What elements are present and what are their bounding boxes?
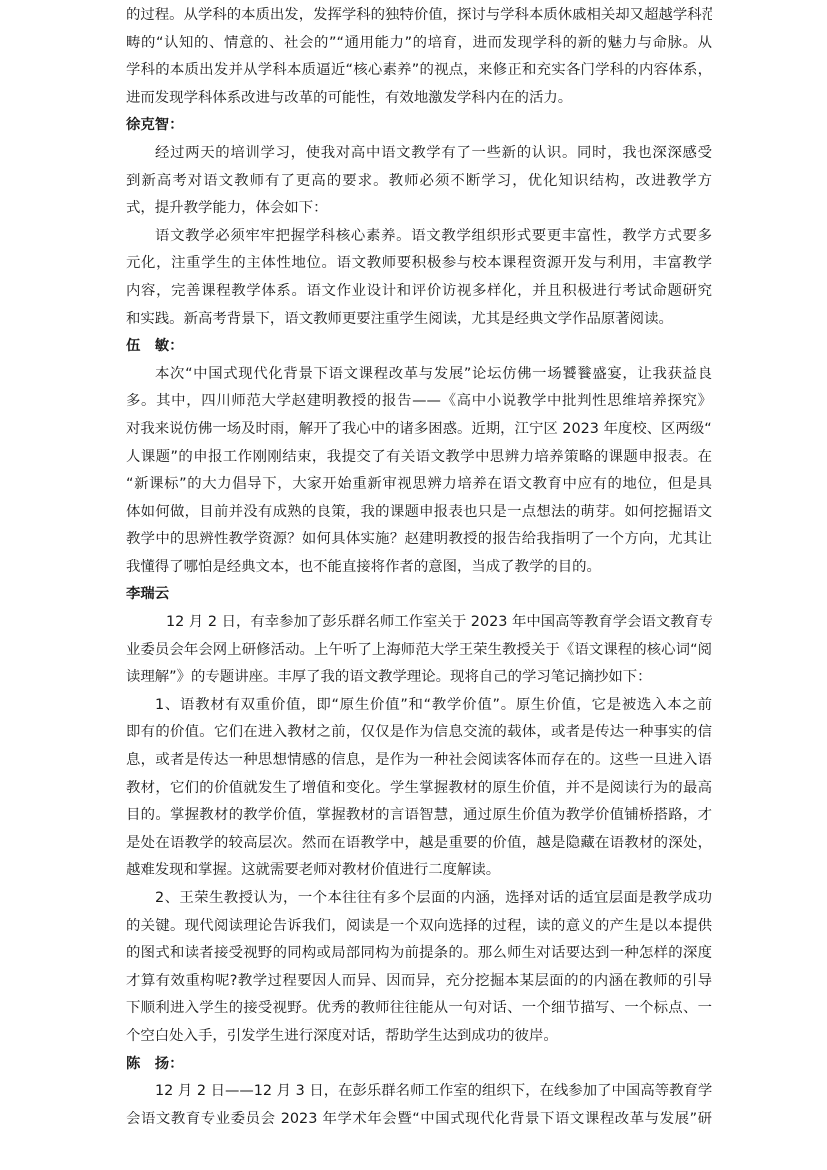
text-line: 到新高考对语文教师有了更高的要求。教师必须不断学习，优化知识结构，改进教学方 bbox=[126, 168, 712, 196]
paragraph: 经过两天的培训学习，使我对高中语文教学有了一些新的认识。同时，我也深深感受 到新… bbox=[126, 140, 712, 223]
text-line: 目的。掌握教材的教学价值，掌握教材的言语智慧，通过原生价值为教学价值铺桥搭路，才 bbox=[126, 802, 712, 830]
author-heading: 李瑞云 bbox=[126, 581, 712, 609]
paragraph: 本次“中国式现代化背景下语文课程改革与发展”论坛仿佛一场饕餮盛宴，让我获益良 多… bbox=[126, 361, 712, 582]
text-line: 学科的本质出发并从学科本质逼近“核心素养”的视点，来修正和充实各门学科的内容体系… bbox=[126, 57, 712, 85]
text-line: 教材，它们的价值就发生了增值和变化。学生掌握教材的原生价值，并不是阅读行为的最高 bbox=[126, 775, 712, 803]
text-line: 多。其中，四川师范大学赵建明教授的报告——《高中小说教学中批判性思维培养探究》 bbox=[126, 388, 712, 416]
text-line: 体如何做，目前并没有成熟的良策，我的课题申报表也只是一点想法的萌芽。如何挖掘语文 bbox=[126, 499, 712, 527]
text-line: 人课题”的申报工作刚刚结束，我提交了有关语文教学中思辨力培养策略的课题申报表。在 bbox=[126, 444, 712, 472]
paragraph: 12 月 2 日，有幸参加了彭乐群名师工作室关于 2023 年中国高等教育学会语… bbox=[126, 609, 712, 692]
text-line: 进而发现学科体系改进与改革的可能性，有效地激发学科内在的活力。 bbox=[126, 85, 712, 113]
document-page: 的过程。从学科的本质出发，发挥学科的独特价值，探讨与学科本质休戚相关却又超越学科… bbox=[126, 2, 712, 1133]
text-line: 本次“中国式现代化背景下语文课程改革与发展”论坛仿佛一场饕餮盛宴，让我获益良 bbox=[126, 361, 712, 389]
text-line: 是处在语教学的较高层次。然而在语教学中，越是重要的价值，越是隐藏在语教材的深处， bbox=[126, 830, 712, 858]
text-line: 下顺利进入学生的接受视野。优秀的教师往往能从一句对话、一个细节描写、一个标点、一 bbox=[126, 995, 712, 1023]
text-line: 和实践。新高考背景下，语文教师更要注重学生阅读，尤其是经典文学作品原著阅读。 bbox=[126, 306, 712, 334]
text-line: 1、语教材有双重价值，即“原生价值”和“教学价值”。原生价值，它是被选入本之前 bbox=[126, 692, 712, 720]
section-li-ruiyun: 李瑞云 12 月 2 日，有幸参加了彭乐群名师工作室关于 2023 年中国高等教… bbox=[126, 581, 712, 1050]
text-line: 内容，完善课程教学体系。语文作业设计和评价访视多样化，并且积极进行考试命题研究 bbox=[126, 278, 712, 306]
text-line: 息，或者是传达一种思想情感的信息，是作为一种社会阅读客体而存在的。这些一旦进入语 bbox=[126, 747, 712, 775]
text-line: 个空白处入手，引发学生进行深度对话，帮助学生达到成功的彼岸。 bbox=[126, 1023, 712, 1051]
section-wu-min: 伍 敏： 本次“中国式现代化背景下语文课程改革与发展”论坛仿佛一场饕餮盛宴，让我… bbox=[126, 333, 712, 581]
author-heading: 陈 扬： bbox=[126, 1051, 712, 1079]
text-line: 的图式和读者接受视野的同构或局部同构为前提条的。那么师生对话要达到一种怎样的深度 bbox=[126, 940, 712, 968]
text-line: 语文教学必须牢牢把握学科核心素养。语文教学组织形式要更丰富性，教学方式要多 bbox=[126, 223, 712, 251]
text-line: 畴的“认知的、情意的、社会的”“通用能力”的培育，进而发现学科的新的魅力与命脉。… bbox=[126, 30, 712, 58]
text-line: 2、王荣生教授认为，一个本往往有多个层面的内涵，选择对话的适宜层面是教学成功 bbox=[126, 885, 712, 913]
text-line: 会语文教育专业委员会 2023 年学术年会暨“中国式现代化背景下语文课程改革与发… bbox=[126, 1106, 712, 1134]
text-line: 业委员会年会网上研修活动。上午听了上海师范大学王荣生教授关于《语文课程的核心词“… bbox=[126, 637, 712, 665]
paragraph: 语文教学必须牢牢把握学科核心素养。语文教学组织形式要更丰富性，教学方式要多 元化… bbox=[126, 223, 712, 333]
text-line: 的关键。现代阅读理论告诉我们，阅读是一个双向选择的过程，读的意义的产生是以本提供 bbox=[126, 913, 712, 941]
text-line: 12 月 2 日，有幸参加了彭乐群名师工作室关于 2023 年中国高等教育学会语… bbox=[126, 609, 712, 637]
text-line: 12 月 2 日——12 月 3 日，在彭乐群名师工作室的组织下，在线参加了中国… bbox=[126, 1078, 712, 1106]
text-line: 才算有效重构呢?教学过程要因人而异、因而异，充分挖掘本某层面的的内涵在教师的引导 bbox=[126, 968, 712, 996]
text-line: 教学中的思辨性教学资源？如何具体实施？赵建明教授的报告给我指明了一个方向，尤其让 bbox=[126, 526, 712, 554]
text-line: 式，提升教学能力，体会如下： bbox=[126, 195, 712, 223]
section-xu-kezhi: 徐克智： 经过两天的培训学习，使我对高中语文教学有了一些新的认识。同时，我也深深… bbox=[126, 112, 712, 333]
text-line: 的过程。从学科的本质出发，发挥学科的独特价值，探讨与学科本质休戚相关却又超越学科… bbox=[126, 2, 712, 30]
paragraph: 12 月 2 日——12 月 3 日，在彭乐群名师工作室的组织下，在线参加了中国… bbox=[126, 1078, 712, 1133]
author-heading: 徐克智： bbox=[126, 112, 712, 140]
author-heading: 伍 敏： bbox=[126, 333, 712, 361]
text-line: 我懂得了哪怕是经典文本，也不能直接将作者的意图，当成了教学的目的。 bbox=[126, 554, 712, 582]
text-line: 越难发现和掌握。这就需要老师对教材价值进行二度解读。 bbox=[126, 857, 712, 885]
text-line: 经过两天的培训学习，使我对高中语文教学有了一些新的认识。同时，我也深深感受 bbox=[126, 140, 712, 168]
text-line: 读理解”》的专题讲座。丰厚了我的语文教学理论。现将自己的学习笔记摘抄如下： bbox=[126, 664, 712, 692]
section-chen-yang: 陈 扬： 12 月 2 日——12 月 3 日，在彭乐群名师工作室的组织下，在线… bbox=[126, 1051, 712, 1134]
paragraph: 2、王荣生教授认为，一个本往往有多个层面的内涵，选择对话的适宜层面是教学成功 的… bbox=[126, 885, 712, 1051]
intro-paragraph: 的过程。从学科的本质出发，发挥学科的独特价值，探讨与学科本质休戚相关却又超越学科… bbox=[126, 2, 712, 112]
text-line: “新课标”的大力倡导下，大家开始重新审视思辨力培养在语文教育中应有的地位，但是具 bbox=[126, 471, 712, 499]
paragraph: 1、语教材有双重价值，即“原生价值”和“教学价值”。原生价值，它是被选入本之前 … bbox=[126, 692, 712, 885]
text-line: 对我来说仿佛一场及时雨，解开了我心中的诸多困惑。近期，江宁区 2023 年度校、… bbox=[126, 416, 712, 444]
text-line: 即有的价值。它们在进入教材之前，仅仅是作为信息交流的载体，或者是传达一种事实的信 bbox=[126, 719, 712, 747]
text-line: 元化，注重学生的主体性地位。语文教师要积极参与校本课程资源开发与利用，丰富教学 bbox=[126, 250, 712, 278]
